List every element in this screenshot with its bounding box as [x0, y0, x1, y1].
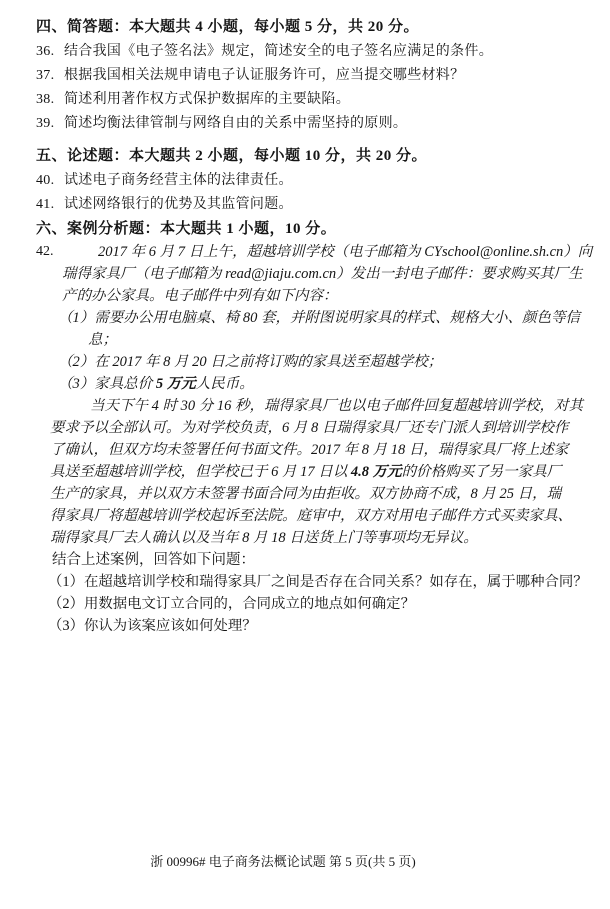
question-41-text: 试述网络银行的优势及其监管问题。	[64, 197, 293, 212]
case-paragraph2-line2: 要求予以全部认可。为对学校负责，6 月 8 日瑞得家具厂还专门派人到培训学校作	[50, 417, 610, 439]
question-41-number: 41.	[36, 193, 64, 217]
question-40-text: 试述电子商务经营主体的法律责任。	[64, 173, 293, 188]
question-36-number: 36.	[36, 40, 64, 64]
question-37: 37.根据我国相关法规申请电子认证服务许可，应当提交哪些材料？	[36, 64, 610, 88]
case-paragraph1-line3: 产的办公家具。电子邮件中列有如下内容：	[62, 285, 610, 307]
section-6-header: 六、案例分析题：本大题共 1 小题，10 分。	[36, 217, 610, 241]
case-paragraph2-line4: 具送至超越培训学校，但学校已于 6 月 17 日以 4.8 万元的价格购买了另一…	[50, 461, 610, 483]
case-paragraph1-line2: 瑞得家具厂（电子邮箱为 read@jiaju.com.cn）发出一封电子邮件：要…	[62, 263, 610, 285]
question-41: 41.试述网络银行的优势及其监管问题。	[36, 193, 610, 217]
email-item-3-suffix: 人民币。	[196, 376, 254, 392]
question-38: 38.简述利用著作权方式保护数据库的主要缺陷。	[36, 88, 610, 112]
question-39: 39.简述均衡法律管制与网络自由的关系中需坚持的原则。	[36, 112, 610, 136]
price-5wan: 5 万元	[156, 376, 196, 392]
question-40: 40.试述电子商务经营主体的法律责任。	[36, 169, 610, 193]
question-39-number: 39.	[36, 112, 64, 136]
case-paragraph2-line6: 得家具厂将超越培训学校起诉至法院。庭审中，双方对用电子邮件方式买卖家具、	[50, 505, 610, 527]
question-38-number: 38.	[36, 88, 64, 112]
case-questions-prompt: 结合上述案例，回答如下问题：	[52, 549, 610, 571]
page-footer: 浙 00996# 电子商务法概论试题 第 5 页(共 5 页)	[0, 853, 610, 871]
email-item-3-prefix: （3）家具总价	[58, 376, 156, 392]
email-item-1-line1: （1）需要办公用电脑桌、椅 80 套，并附图说明家具的样式、规格大小、颜色等信	[58, 307, 610, 329]
case-paragraph2-line3: 了确认，但双方均未签署任何书面文件。2017 年 8 月 18 日，瑞得家具厂将…	[50, 439, 610, 461]
email-item-3: （3）家具总价 5 万元人民币。	[58, 373, 610, 395]
case-subquestion-3: （3）你认为该案应该如何处理？	[48, 615, 610, 637]
email-item-1-line2: 息；	[88, 329, 610, 351]
case-paragraph2-line5: 生产的家具，并以双方未签署书面合同为由拒收。双方协商不成，8 月 25 日，瑞	[50, 483, 610, 505]
case-subquestion-1: （1）在超越培训学校和瑞得家具厂之间是否存在合同关系？如存在，属于哪种合同？	[48, 571, 610, 593]
case-paragraph1-line1: 2017 年 6 月 7 日上午，超越培训学校（电子邮箱为 CYschool@o…	[98, 241, 610, 263]
email-item-2: （2）在 2017 年 8 月 20 日之前将订购的家具送至超越学校；	[58, 351, 610, 373]
question-36-text: 结合我国《电子签名法》规定，简述安全的电子签名应满足的条件。	[64, 44, 493, 59]
case-subquestion-2: （2）用数据电文订立合同的，合同成立的地点如何确定？	[48, 593, 610, 615]
question-37-text: 根据我国相关法规申请电子认证服务许可，应当提交哪些材料？	[64, 68, 464, 83]
case-paragraph2-line4-suffix: 的价格购买了另一家具厂	[402, 464, 562, 480]
question-40-number: 40.	[36, 169, 64, 193]
case-paragraph2-line1: 当天下午 4 时 30 分 16 秒，瑞得家具厂也以电子邮件回复超越培训学校，对…	[90, 395, 610, 417]
case-paragraph2-line4-prefix: 具送至超越培训学校，但学校已于 6 月 17 日以	[50, 464, 351, 480]
question-36: 36.结合我国《电子签名法》规定，简述安全的电子签名应满足的条件。	[36, 40, 610, 64]
case-paragraph2-line7: 瑞得家具厂去人确认以及当年 8 月 18 日送货上门等事项均无异议。	[50, 527, 610, 549]
question-39-text: 简述均衡法律管制与网络自由的关系中需坚持的原则。	[64, 116, 407, 131]
exam-page: 四、简答题：本大题共 4 小题，每小题 5 分，共 20 分。 36.结合我国《…	[0, 0, 610, 909]
question-37-number: 37.	[36, 64, 64, 88]
question-38-text: 简述利用著作权方式保护数据库的主要缺陷。	[64, 92, 350, 107]
question-42-number: 42.	[36, 241, 54, 263]
price-4-8wan: 4.8 万元	[351, 464, 402, 480]
case-question-42: 42. 2017 年 6 月 7 日上午，超越培训学校（电子邮箱为 CYscho…	[0, 241, 610, 637]
section-5-header: 五、论述题：本大题共 2 小题，每小题 10 分，共 20 分。	[36, 143, 610, 169]
section-4-header: 四、简答题：本大题共 4 小题，每小题 5 分，共 20 分。	[36, 14, 610, 40]
